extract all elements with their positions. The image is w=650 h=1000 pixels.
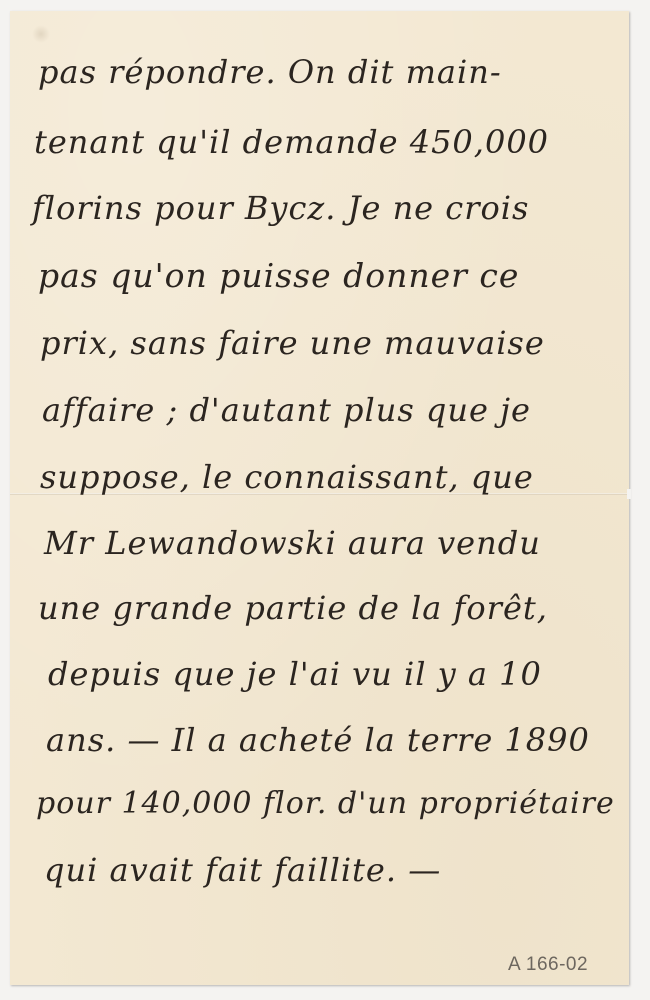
letter-page: pas répondre. On dit main- tenant qu'il … — [10, 11, 629, 985]
letter-line-5: prix, sans faire une mauvaise — [40, 324, 545, 362]
letter-line-11: ans. — Il a acheté la terre 1890 — [46, 721, 590, 759]
letter-line-4: pas qu'on puisse donner ce — [38, 256, 519, 295]
letter-line-8: Mr Lewandowski aura vendu — [44, 524, 541, 562]
letter-line-13: qui avait fait faillite. — — [44, 851, 441, 889]
letter-line-12: pour 140,000 flor. d'un propriétaire — [36, 786, 615, 821]
letter-line-1: pas répondre. On dit main- — [38, 53, 502, 91]
archive-reference-mark: A 166-02 — [508, 954, 588, 976]
paper-smudge — [32, 25, 50, 43]
letter-line-2: tenant qu'il demande 450,000 — [34, 123, 549, 161]
fold-notch — [627, 489, 631, 499]
letter-line-7: suppose, le connaissant, que — [40, 458, 534, 496]
letter-line-6: affaire ; d'autant plus que je — [42, 391, 531, 429]
letter-line-10: depuis que je l'ai vu il y a 10 — [48, 655, 542, 693]
letter-line-9: une grande partie de la forêt, — [38, 589, 548, 627]
letter-line-3: florins pour Bycz. Je ne crois — [32, 189, 529, 227]
